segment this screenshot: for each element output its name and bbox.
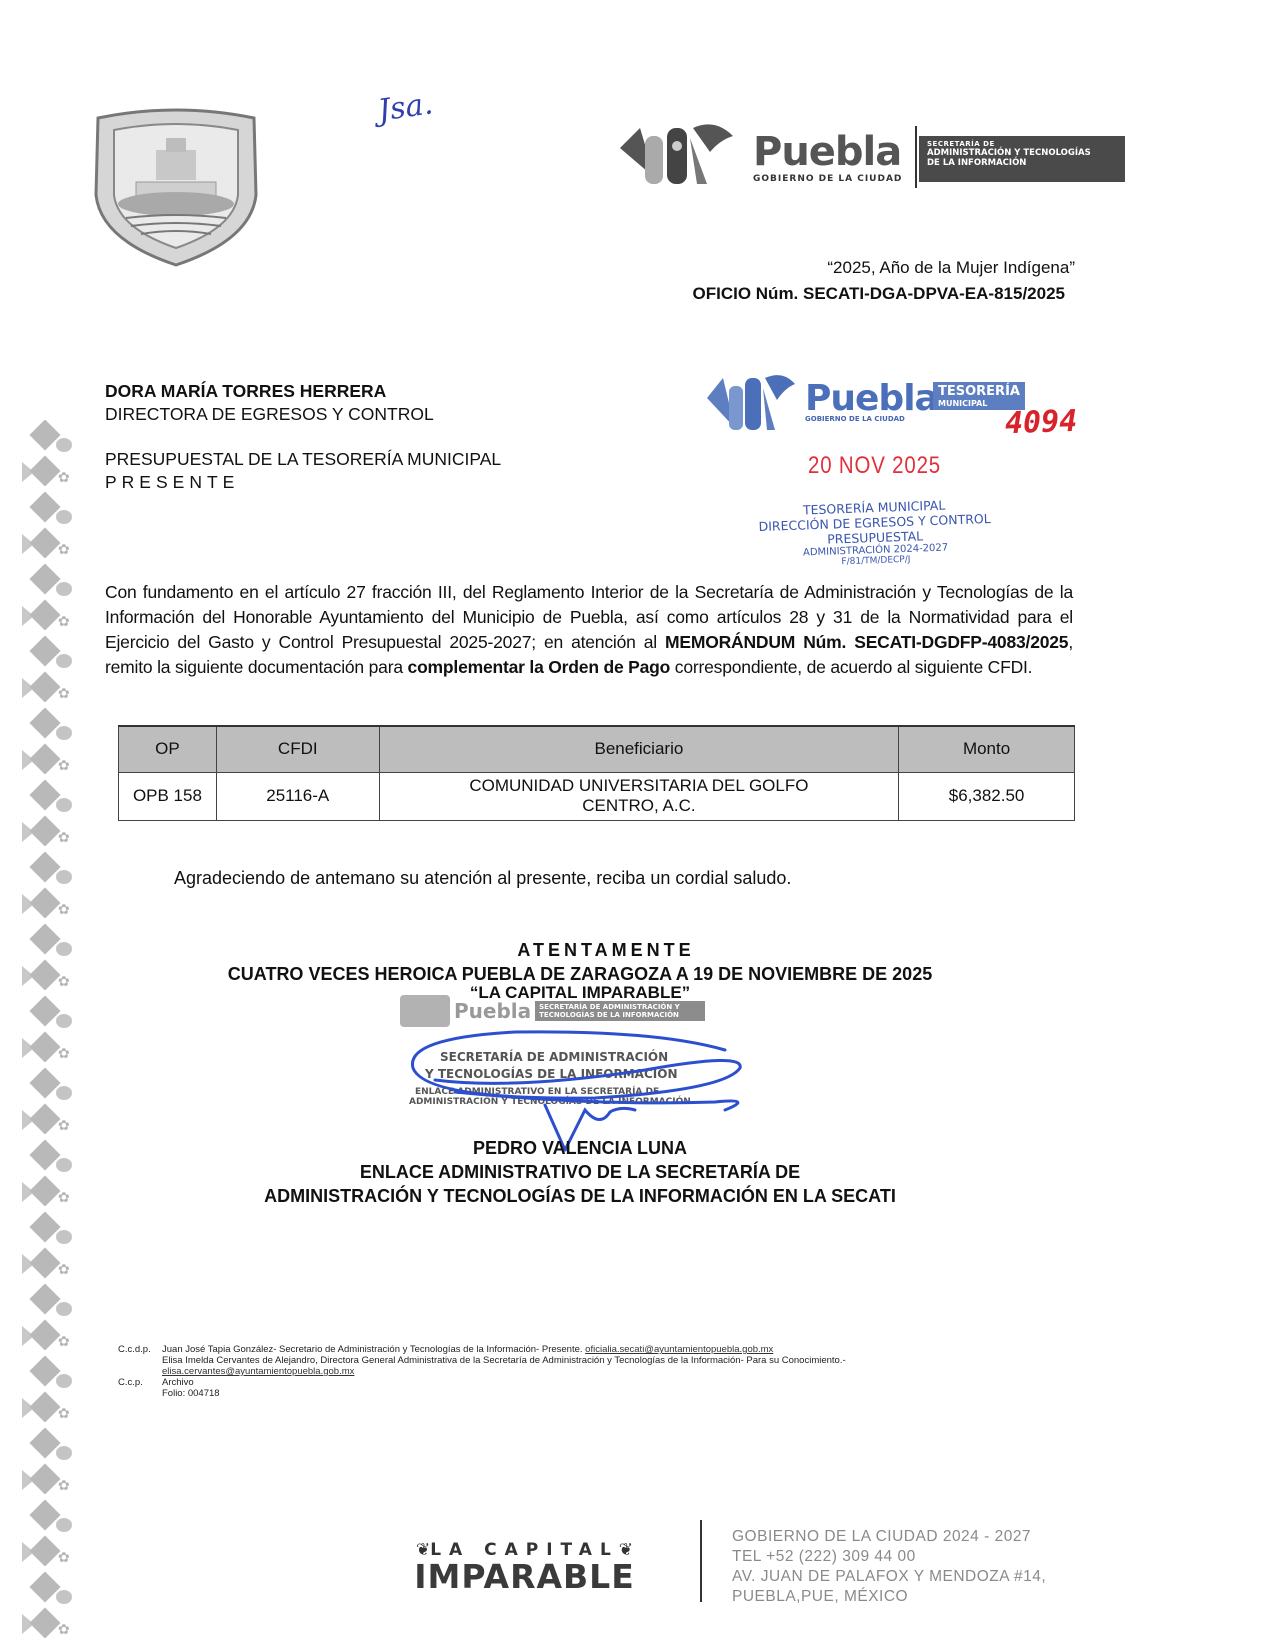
border-motif: ✿: [22, 636, 72, 708]
table-header-row: OP CFDI Beneficiario Monto: [119, 726, 1075, 772]
cell-beneficiario: COMUNIDAD UNIVERSITARIA DEL GOLFO CENTRO…: [379, 772, 898, 820]
logo-word: Puebla: [753, 132, 902, 172]
border-motif: ✿: [22, 852, 72, 924]
oficio-number: OFICIO Núm. SECATI-DGA-DPVA-EA-815/2025: [693, 284, 1066, 304]
email-link-elisa[interactable]: elisa.cervantes@ayuntamientopuebla.gob.m…: [162, 1366, 354, 1377]
presente-label: PRESENTE: [105, 471, 501, 494]
border-motif: ✿: [22, 1212, 72, 1284]
border-motif: ✿: [22, 564, 72, 636]
border-motif: ✿: [22, 1356, 72, 1428]
puebla-emblem-icon: [615, 118, 735, 188]
signer-name: PEDRO VALENCIA LUNA: [0, 1136, 1170, 1160]
recipient-title-1: DIRECTORA DE EGRESOS Y CONTROL: [105, 403, 501, 426]
year-motto: “2025, Año de la Mujer Indígena”: [827, 258, 1075, 278]
secretariat-box: SECRETARÍA DE ADMINISTRACIÓN Y TECNOLOGÍ…: [919, 136, 1125, 182]
table-row: OPB 158 25116-A COMUNIDAD UNIVERSITARIA …: [119, 772, 1075, 820]
border-motif: ✿: [22, 708, 72, 780]
header-logo: Puebla GOBIERNO DE LA CIUDAD SECRETARÍA …: [615, 118, 1125, 190]
cell-cfdi: 25116-A: [216, 772, 379, 820]
folio: Folio: 004718: [162, 1388, 220, 1399]
treasury-received-stamp: Puebla GOBIERNO DE LA CIUDAD TESORERÍA M…: [705, 368, 1035, 438]
border-motif: ✿: [22, 420, 72, 492]
ccdp-label: C.c.d.p.: [118, 1344, 162, 1355]
body-paragraph: Con fundamento en el artículo 27 fracció…: [105, 580, 1073, 680]
border-motif: ✿: [22, 1284, 72, 1356]
cfdi-table: OP CFDI Beneficiario Monto OPB 158 25116…: [118, 725, 1075, 821]
border-motif: ✿: [22, 1428, 72, 1500]
logo-divider: [915, 126, 917, 188]
border-motif: ✿: [22, 780, 72, 852]
col-op: OP: [119, 726, 217, 772]
complement-order: complementar la Orden de Pago: [408, 657, 671, 677]
signer-title-1: ENLACE ADMINISTRATIVO DE LA SECRETARÍA D…: [0, 1160, 1170, 1184]
recipient-name: DORA MARÍA TORRES HERRERA: [105, 380, 501, 403]
atentamente: ATENTAMENTE: [42, 940, 1170, 961]
ccp-label: C.c.p.: [118, 1377, 162, 1388]
recipient-block: DORA MARÍA TORRES HERRERA DIRECTORA DE E…: [105, 380, 501, 494]
footer-contact: GOBIERNO DE LA CIUDAD 2024 - 2027 TEL +5…: [732, 1527, 1046, 1607]
stamp-folio-number: 4094: [1004, 404, 1077, 442]
col-monto: Monto: [899, 726, 1075, 772]
signer-title-2: ADMINISTRACIÓN Y TECNOLOGÍAS DE LA INFOR…: [0, 1184, 1170, 1208]
email-link-oficialia[interactable]: oficialia.secati@ayuntamientopuebla.gob.…: [585, 1344, 773, 1355]
stamp-logo-word: Puebla: [805, 378, 938, 419]
border-motif: ✿: [22, 1500, 72, 1572]
col-cfdi: CFDI: [216, 726, 379, 772]
border-motif: ✿: [22, 492, 72, 564]
logo-subtitle: GOBIERNO DE LA CIUDAD: [753, 174, 902, 184]
handwritten-initials: Jsa.: [376, 86, 435, 128]
border-motif: ✿: [22, 996, 72, 1068]
puebla-emblem-icon: [705, 370, 797, 434]
decorative-side-border: ✿✿✿✿✿✿✿✿✿✿✿✿✿✿✿✿✿: [22, 420, 72, 1640]
cell-op: OPB 158: [119, 772, 217, 820]
closing-line: Agradeciendo de antemano su atención al …: [174, 868, 791, 889]
city-crest-logo: [86, 100, 266, 270]
col-beneficiario: Beneficiario: [379, 726, 898, 772]
stamp-date: 20 NOV 2025: [808, 452, 941, 480]
border-motif: ✿: [22, 1572, 72, 1640]
memo-reference: MEMORÁNDUM Núm. SECATI-DGDFP-4083/2025: [665, 632, 1068, 652]
footer-logo: ❦LA CAPITAL❦ IMPARABLE: [382, 1540, 667, 1594]
carbon-copy-block: C.c.d.p. Juan José Tapia González- Secre…: [118, 1344, 846, 1399]
border-motif: ✿: [22, 1068, 72, 1140]
cell-monto: $6,382.50: [899, 772, 1075, 820]
recipient-title-2: PRESUPUESTAL DE LA TESORERÍA MUNICIPAL: [105, 448, 501, 471]
city-date: CUATRO VECES HEROICA PUEBLA DE ZARAGOZA …: [0, 964, 1170, 985]
signer-block: PEDRO VALENCIA LUNA ENLACE ADMINISTRATIV…: [100, 1136, 1170, 1208]
stamp-text: TESORERÍA MUNICIPAL DIRECCIÓN DE EGRESOS…: [734, 495, 1016, 571]
footer-divider: [700, 1520, 702, 1602]
footer-logo-bottom: IMPARABLE: [382, 1560, 667, 1594]
